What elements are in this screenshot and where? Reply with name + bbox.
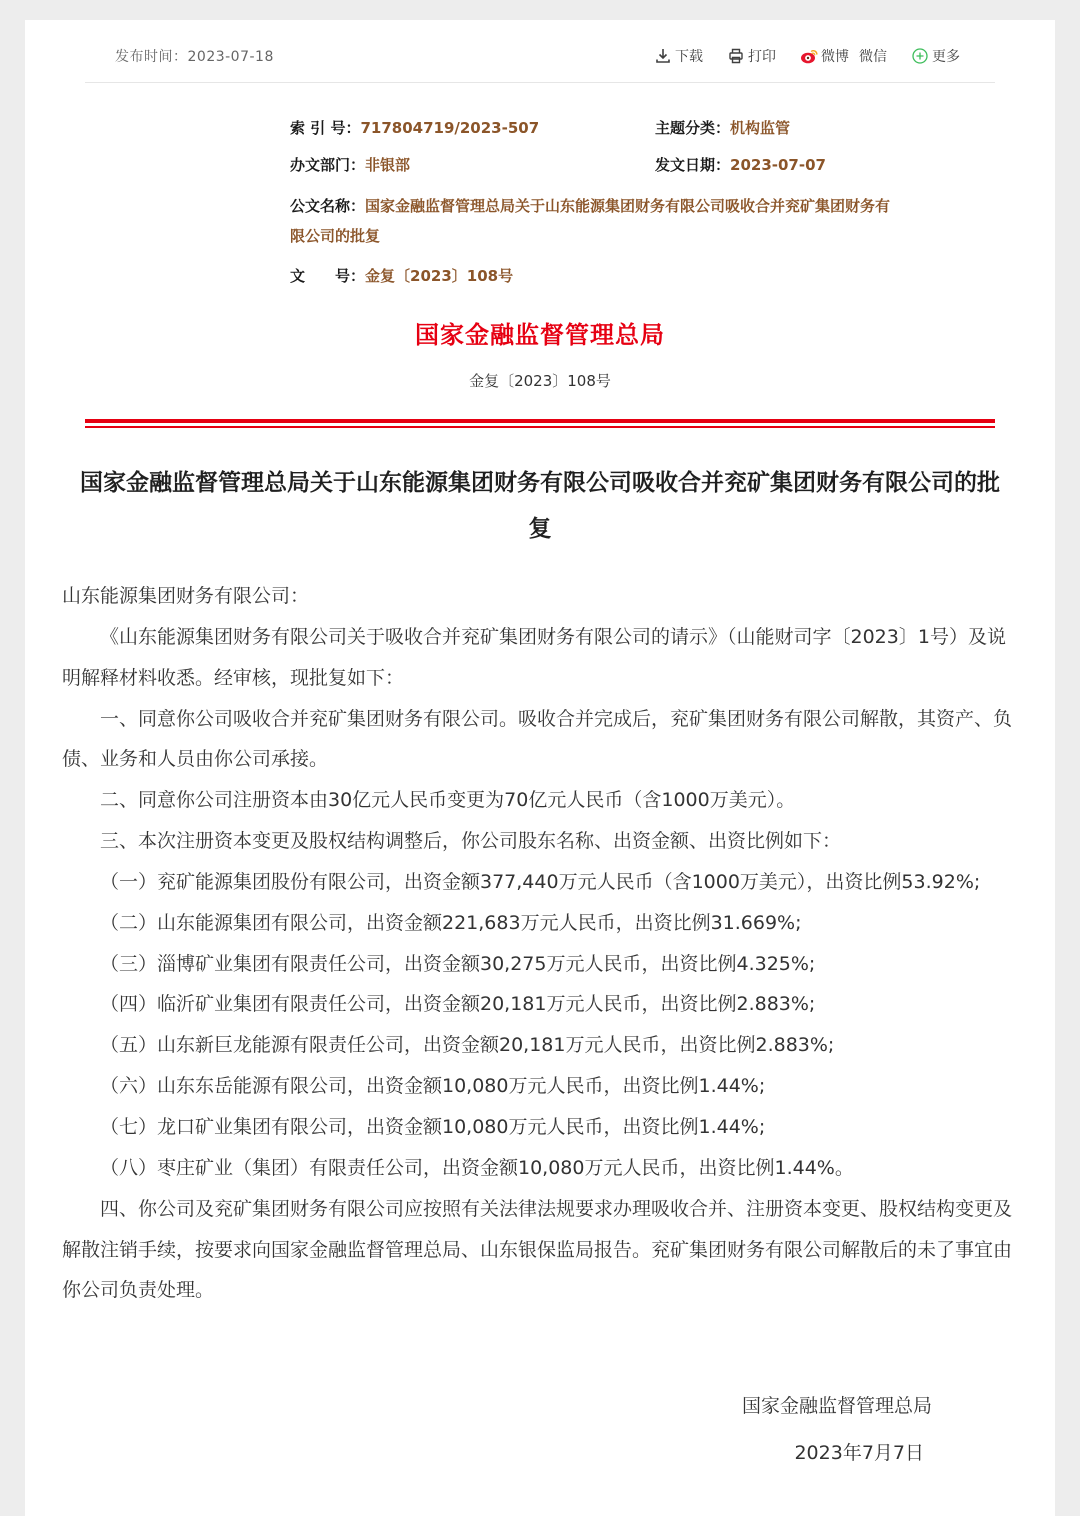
meta-issue-date: 发文日期：2023-07-07	[655, 154, 900, 176]
document-paragraph: （六）山东东岳能源有限公司，出资金额10,080万元人民币，出资比例1.44%;	[62, 1066, 1019, 1107]
meta-label: 索 引 号：	[290, 119, 360, 137]
document-paragraph: 四、你公司及兖矿集团财务有限公司应按照有关法律法规要求办理吸收合并、注册资本变更…	[62, 1189, 1019, 1312]
weibo-icon	[800, 47, 818, 65]
letterhead-doc-number: 金复〔2023〕108号	[25, 370, 1055, 391]
topbar-actions: 下载 打印 微博 微信	[654, 46, 960, 66]
download-button[interactable]: 下载	[654, 46, 703, 66]
document-paragraph: （二）山东能源集团有限公司，出资金额221,683万元人民币，出资比例31.66…	[62, 903, 1019, 944]
red-divider-thick-line	[85, 419, 995, 423]
document-paragraph: （一）兖矿能源集团股份有限公司，出资金额377,440万元人民币（含1000万美…	[62, 862, 1019, 903]
meta-value: 717804719/2023-507	[360, 119, 539, 137]
document-paragraph: 《山东能源集团财务有限公司关于吸收合并兖矿集团财务有限公司的请示》（山能财司字〔…	[62, 617, 1019, 699]
document-metadata: 索 引 号：717804719/2023-507 主题分类：机构监管 办文部门：…	[290, 117, 900, 291]
topbar: 发布时间：2023-07-18 下载 打印 微博	[25, 20, 1055, 82]
document-title: 国家金融监督管理总局关于山东能源集团财务有限公司吸收合并兖矿集团财务有限公司的批…	[80, 460, 1000, 552]
meta-row: 办文部门：非银部 发文日期：2023-07-07	[290, 154, 900, 176]
signature-date: 2023年7月7日	[62, 1430, 1019, 1477]
letterhead-agency-title: 国家金融监督管理总局	[25, 315, 1055, 350]
meta-value: 2023-07-07	[730, 156, 826, 174]
meta-row: 索 引 号：717804719/2023-507 主题分类：机构监管	[290, 117, 900, 139]
red-double-divider	[85, 419, 995, 428]
document-page: 发布时间：2023-07-18 下载 打印 微博	[25, 20, 1055, 1516]
print-label: 打印	[748, 46, 776, 66]
publish-time-value: 2023-07-18	[188, 49, 274, 65]
meta-label: 主题分类：	[655, 119, 730, 137]
meta-index-number: 索 引 号：717804719/2023-507	[290, 117, 655, 139]
document-paragraph: （八）枣庄矿业（集团）有限责任公司，出资金额10,080万元人民币，出资比例1.…	[62, 1148, 1019, 1189]
more-button[interactable]: 更多	[911, 46, 960, 66]
meta-value: 机构监管	[730, 119, 790, 137]
document-paragraph: 三、本次注册资本变更及股权结构调整后，你公司股东名称、出资金额、出资比例如下：	[62, 821, 1019, 862]
plus-circle-icon	[911, 47, 929, 65]
meta-value: 国家金融监督管理总局关于山东能源集团财务有限公司吸收合并兖矿集团财务有限公司的批…	[290, 197, 890, 245]
document-body: 山东能源集团财务有限公司： 《山东能源集团财务有限公司关于吸收合并兖矿集团财务有…	[62, 576, 1019, 1476]
meta-label: 文 号：	[290, 267, 365, 285]
weibo-label: 微博	[821, 46, 849, 66]
signature-block: 国家金融监督管理总局 2023年7月7日	[62, 1383, 1019, 1476]
meta-topic-category: 主题分类：机构监管	[655, 117, 900, 139]
more-label: 更多	[932, 46, 960, 66]
wechat-label: 微信	[859, 46, 887, 66]
document-paragraph: 二、同意你公司注册资本由30亿元人民币变更为70亿元人民币（含1000万美元）。	[62, 780, 1019, 821]
signature-agency: 国家金融监督管理总局	[62, 1383, 1019, 1430]
print-button[interactable]: 打印	[727, 46, 776, 66]
document-paragraph: （七）龙口矿业集团有限公司，出资金额10,080万元人民币，出资比例1.44%;	[62, 1107, 1019, 1148]
share-weibo-button[interactable]: 微博	[800, 46, 849, 66]
download-label: 下载	[675, 46, 703, 66]
meta-label: 发文日期：	[655, 156, 730, 174]
download-icon	[654, 47, 672, 65]
meta-label: 公文名称：	[290, 197, 365, 215]
publish-time-label: 发布时间：	[115, 49, 188, 65]
document-paragraph: （三）淄博矿业集团有限责任公司，出资金额30,275万元人民币，出资比例4.32…	[62, 944, 1019, 985]
topbar-divider	[85, 82, 995, 83]
document-paragraph: （五）山东新巨龙能源有限责任公司，出资金额20,181万元人民币，出资比例2.8…	[62, 1025, 1019, 1066]
document-paragraph: （四）临沂矿业集团有限责任公司，出资金额20,181万元人民币，出资比例2.88…	[62, 984, 1019, 1025]
red-divider-thin-line	[85, 426, 995, 428]
document-salutation: 山东能源集团财务有限公司：	[62, 576, 1019, 617]
meta-value: 金复〔2023〕108号	[365, 267, 513, 285]
share-group: 微博 微信	[800, 46, 887, 66]
document-paragraph: 一、同意你公司吸收合并兖矿集团财务有限公司。吸收合并完成后，兖矿集团财务有限公司…	[62, 699, 1019, 781]
publish-time: 发布时间：2023-07-18	[115, 46, 274, 66]
meta-label: 办文部门：	[290, 156, 365, 174]
share-wechat-button[interactable]: 微信	[859, 46, 887, 66]
printer-icon	[727, 47, 745, 65]
meta-handling-department: 办文部门：非银部	[290, 154, 655, 176]
meta-document-name: 公文名称：国家金融监督管理总局关于山东能源集团财务有限公司吸收合并兖矿集团财务有…	[290, 191, 900, 251]
meta-document-number: 文 号：金复〔2023〕108号	[290, 261, 900, 291]
meta-value: 非银部	[365, 156, 410, 174]
